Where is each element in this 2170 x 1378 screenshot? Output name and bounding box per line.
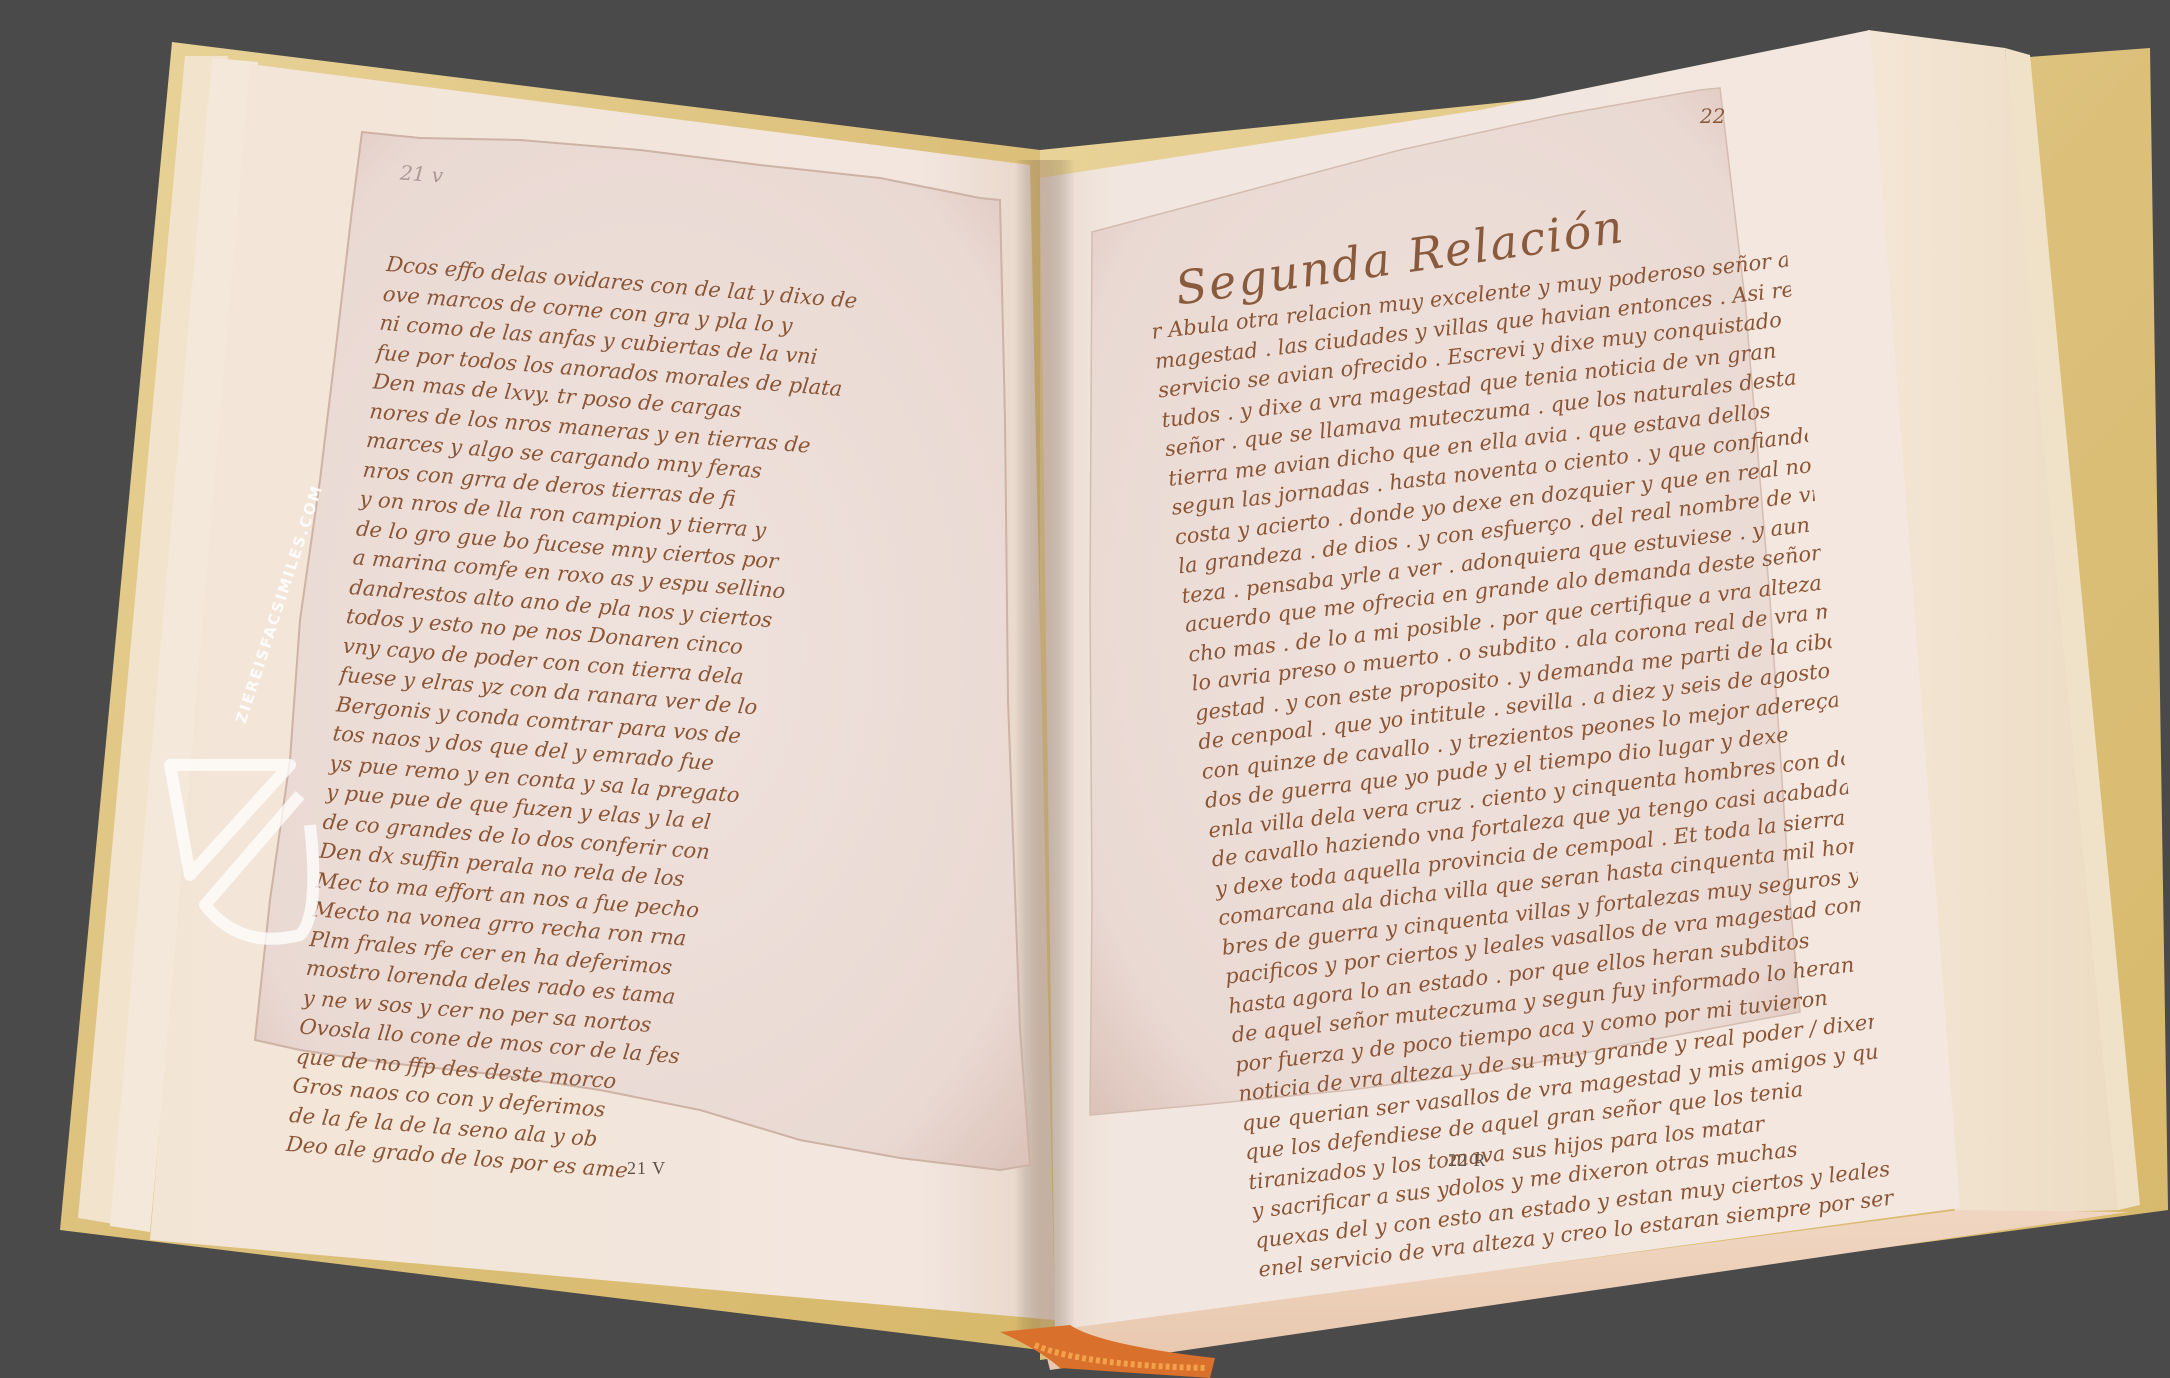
right-folio-mark: 22: [1700, 104, 1725, 128]
zf-shield-logo-icon: [150, 735, 350, 965]
left-manuscript-text: Dcos effo delas ovidares con de lat y di…: [284, 250, 986, 1206]
right-manuscript-text: r Abula otra relacion muy excelente y mu…: [1150, 246, 1896, 1286]
left-page-number: 21 V: [627, 1158, 666, 1179]
right-page-number: 22 R: [1448, 1150, 1487, 1171]
left-folio-mark: 21 v: [399, 161, 444, 188]
